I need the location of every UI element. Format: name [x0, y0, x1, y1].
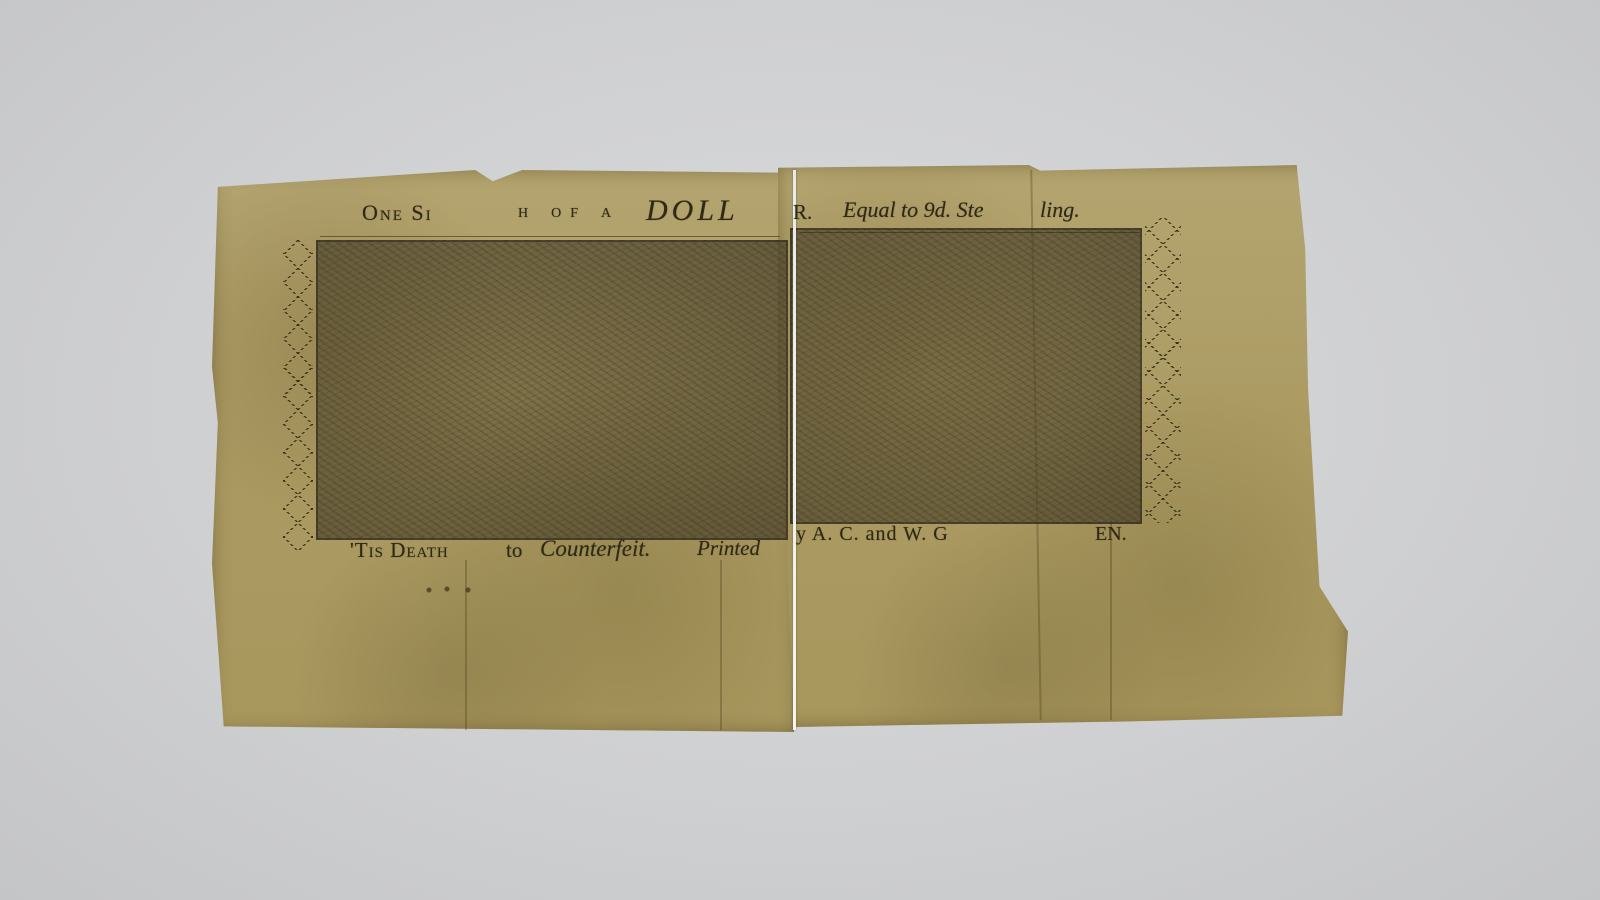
split-tear: [793, 170, 796, 730]
bottom-text-tis-death: 'Tis Death: [350, 538, 449, 563]
top-text-one-six: One Si: [362, 200, 433, 226]
top-text-h-of-a: h of a: [518, 200, 620, 223]
lace-border-left-icon: [283, 240, 313, 550]
bottom-text-counterfeit: Counterfeit.: [540, 536, 651, 562]
top-text-r: R.: [793, 200, 812, 225]
top-text-dollar: DOLL: [646, 194, 739, 228]
top-rule: [800, 232, 1140, 233]
engraved-vignette-right: [790, 228, 1142, 524]
engraved-vignette-left: [316, 240, 788, 540]
fold-crease: [720, 560, 722, 730]
ink-specks: [420, 585, 480, 595]
fold-crease: [1110, 520, 1112, 720]
bottom-text-printed: Printed: [697, 536, 760, 561]
bottom-text-printer: y A. C. and W. G: [796, 523, 949, 546]
top-rule: [320, 236, 780, 237]
lace-border-right-icon: [1145, 218, 1181, 523]
top-text-ling: ling.: [1040, 197, 1080, 223]
top-text-equal-to: Equal to 9d. Ste: [843, 197, 984, 223]
bottom-text-en: EN.: [1095, 523, 1127, 546]
bottom-text-to: to: [506, 538, 522, 563]
